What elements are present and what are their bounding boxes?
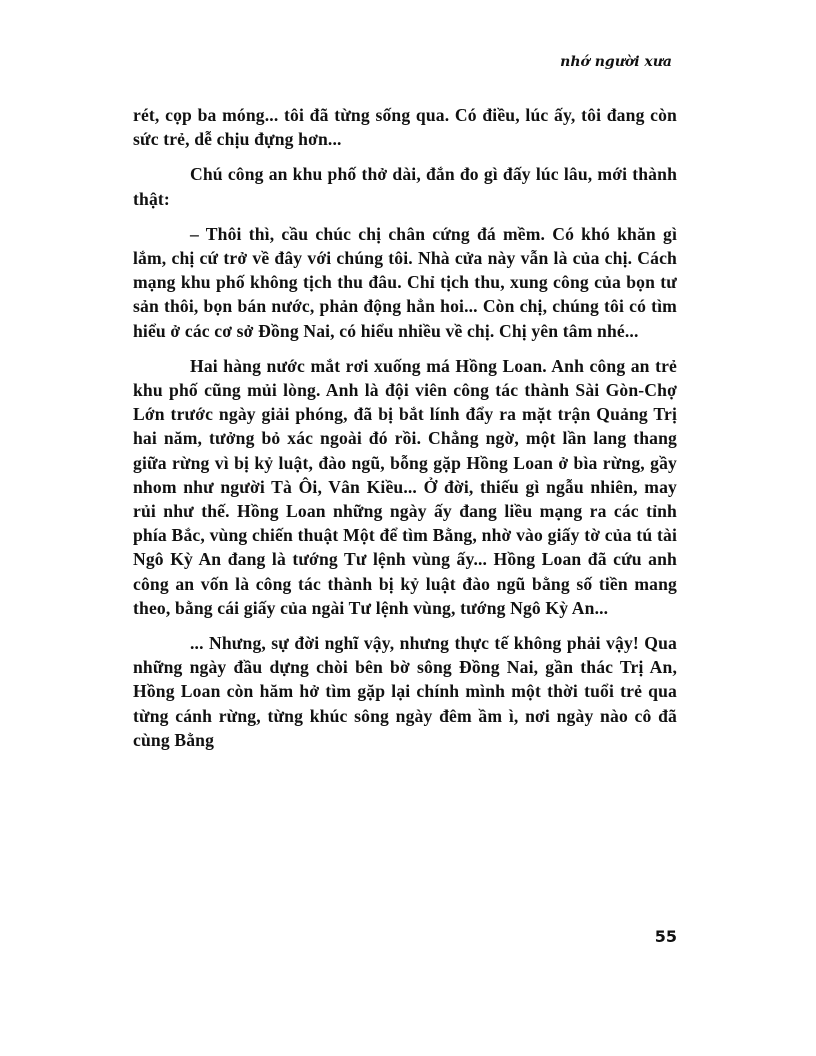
book-page: nhớ người xưa rét, cọp ba móng... tôi đã… bbox=[0, 0, 816, 1056]
paragraph: – Thôi thì, cầu chúc chị chân cứng đá mề… bbox=[133, 222, 677, 343]
paragraph: Hai hàng nước mắt rơi xuống má Hồng Loan… bbox=[133, 354, 677, 620]
body-text: rét, cọp ba móng... tôi đã từng sống qua… bbox=[133, 103, 677, 763]
running-head: nhớ người xưa bbox=[500, 54, 672, 70]
paragraph: Chú công an khu phố thở dài, đắn đo gì đ… bbox=[133, 162, 677, 210]
paragraph: ... Nhưng, sự đời nghĩ vậy, nhưng thực t… bbox=[133, 631, 677, 752]
page-number: 55 bbox=[600, 927, 677, 946]
paragraph: rét, cọp ba móng... tôi đã từng sống qua… bbox=[133, 103, 677, 151]
